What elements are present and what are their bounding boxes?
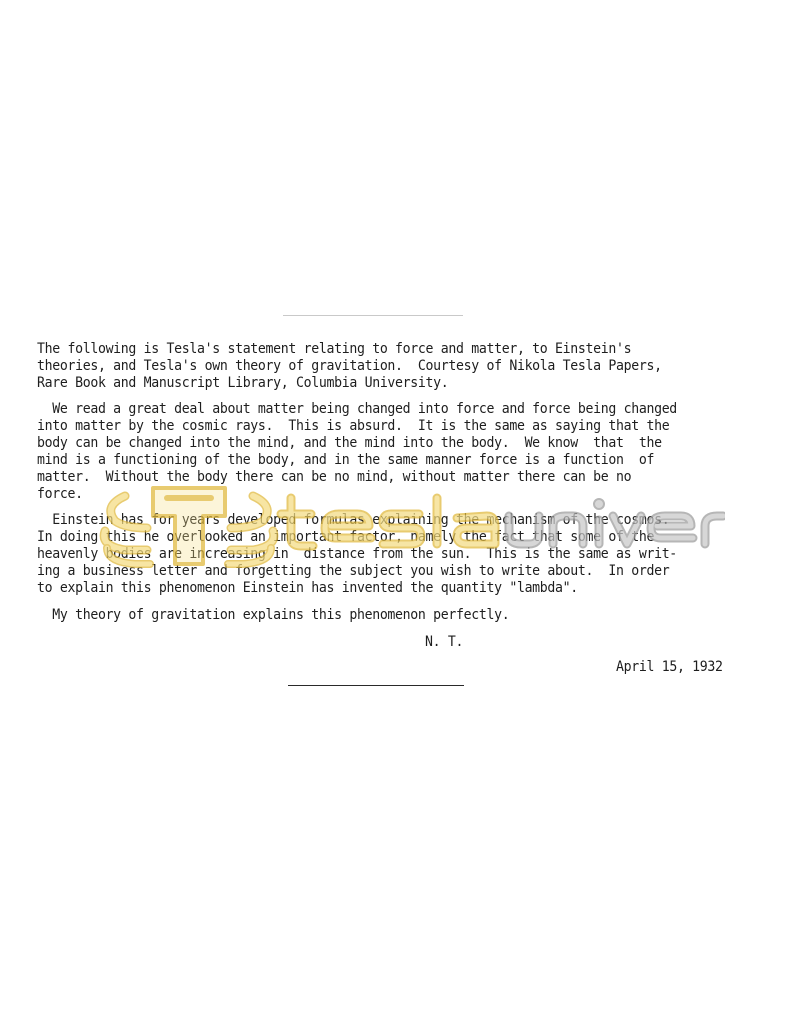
paragraph-1-line: body can be changed into the mind, and t… [37,435,662,452]
paragraph-1-line: into matter by the cosmic rays. This is … [37,418,669,435]
paragraph-2-line: heavenly bodies are increasing in distan… [37,546,677,563]
intro-line: The following is Tesla's statement relat… [37,341,631,358]
document-page: The following is Tesla's statement relat… [0,0,800,1035]
paragraph-2-line: Einstein has for years developed formula… [37,512,669,529]
paragraph-1-line: mind is a functioning of the body, and i… [37,452,654,469]
paragraph-1-line: force. [37,486,83,503]
paragraph-2-line: In doing this he overlooked an important… [37,529,654,546]
paragraph-2-line: to explain this phenomenon Einstein has … [37,580,578,597]
paragraph-1-line: We read a great deal about matter being … [37,401,677,418]
intro-line: Rare Book and Manuscript Library, Columb… [37,375,448,392]
paragraph-1-line: matter. Without the body there can be no… [37,469,631,486]
paragraph-3-line: My theory of gravitation explains this p… [37,607,509,624]
paragraph-2-line: ing a business letter and forgetting the… [37,563,669,580]
intro-line: theories, and Tesla's own theory of grav… [37,358,662,375]
document-date: April 15, 1932 [616,659,723,676]
signature-initials: N. T. [425,634,463,651]
top-divider [283,315,463,316]
bottom-divider [288,685,464,686]
